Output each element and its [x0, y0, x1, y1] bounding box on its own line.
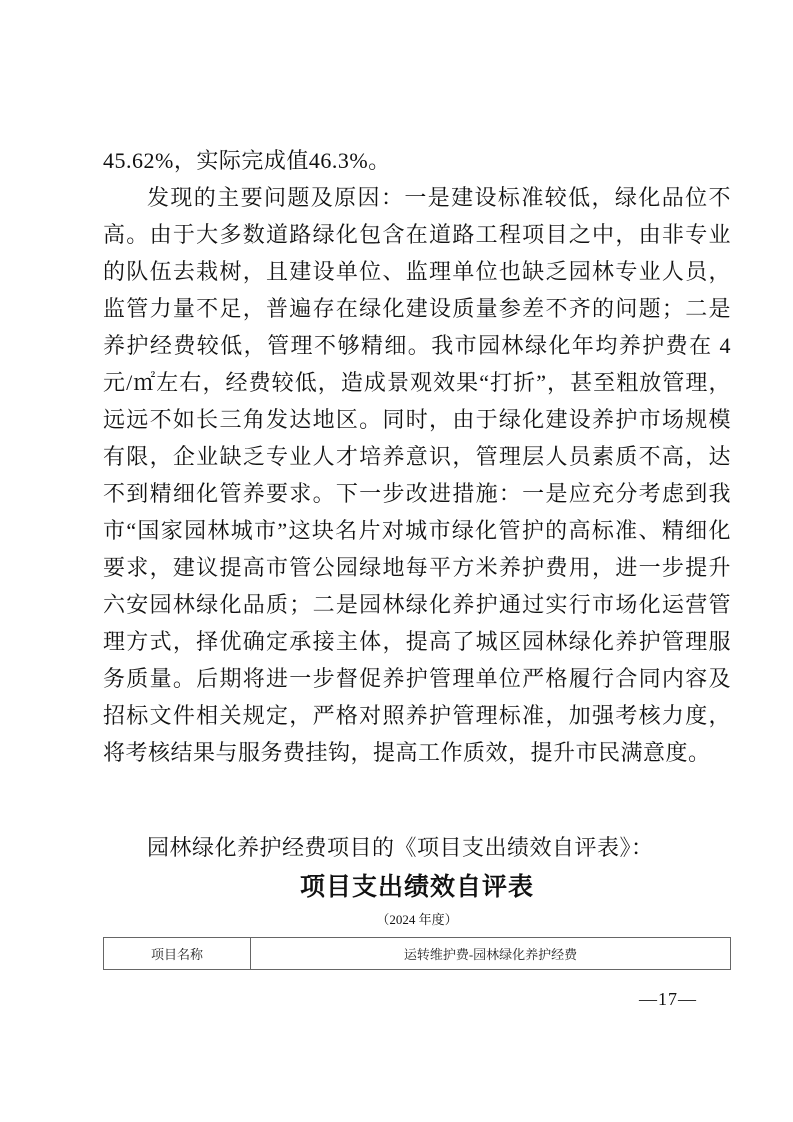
self-evaluation-table: 项目名称 运转维护费-园林绿化养护经费 [103, 937, 731, 970]
self-evaluation-table-title: 项目支出绩效自评表 [103, 871, 731, 905]
self-evaluation-table-subtitle: （2024 年度） [103, 911, 731, 929]
paragraph-problems-and-measures: 发现的主要问题及原因：一是建设标准较低，绿化品位不高。由于大多数道路绿化包含在道… [103, 179, 731, 771]
project-name-label-cell: 项目名称 [104, 938, 251, 970]
table-row-project-name: 项目名称 运转维护费-园林绿化养护经费 [104, 938, 731, 970]
paragraph-table-intro: 园林绿化养护经费项目的《项目支出绩效自评表》： [103, 829, 731, 866]
paragraph-continuation: 45.62%，实际完成值46.3%。 [103, 142, 731, 179]
document-page: 45.62%，实际完成值46.3%。 发现的主要问题及原因：一是建设标准较低，绿… [0, 0, 793, 1122]
page-content: 45.62%，实际完成值46.3%。 发现的主要问题及原因：一是建设标准较低，绿… [103, 142, 731, 970]
page-number: —17— [639, 989, 697, 1010]
project-name-value-cell: 运转维护费-园林绿化养护经费 [251, 938, 731, 970]
